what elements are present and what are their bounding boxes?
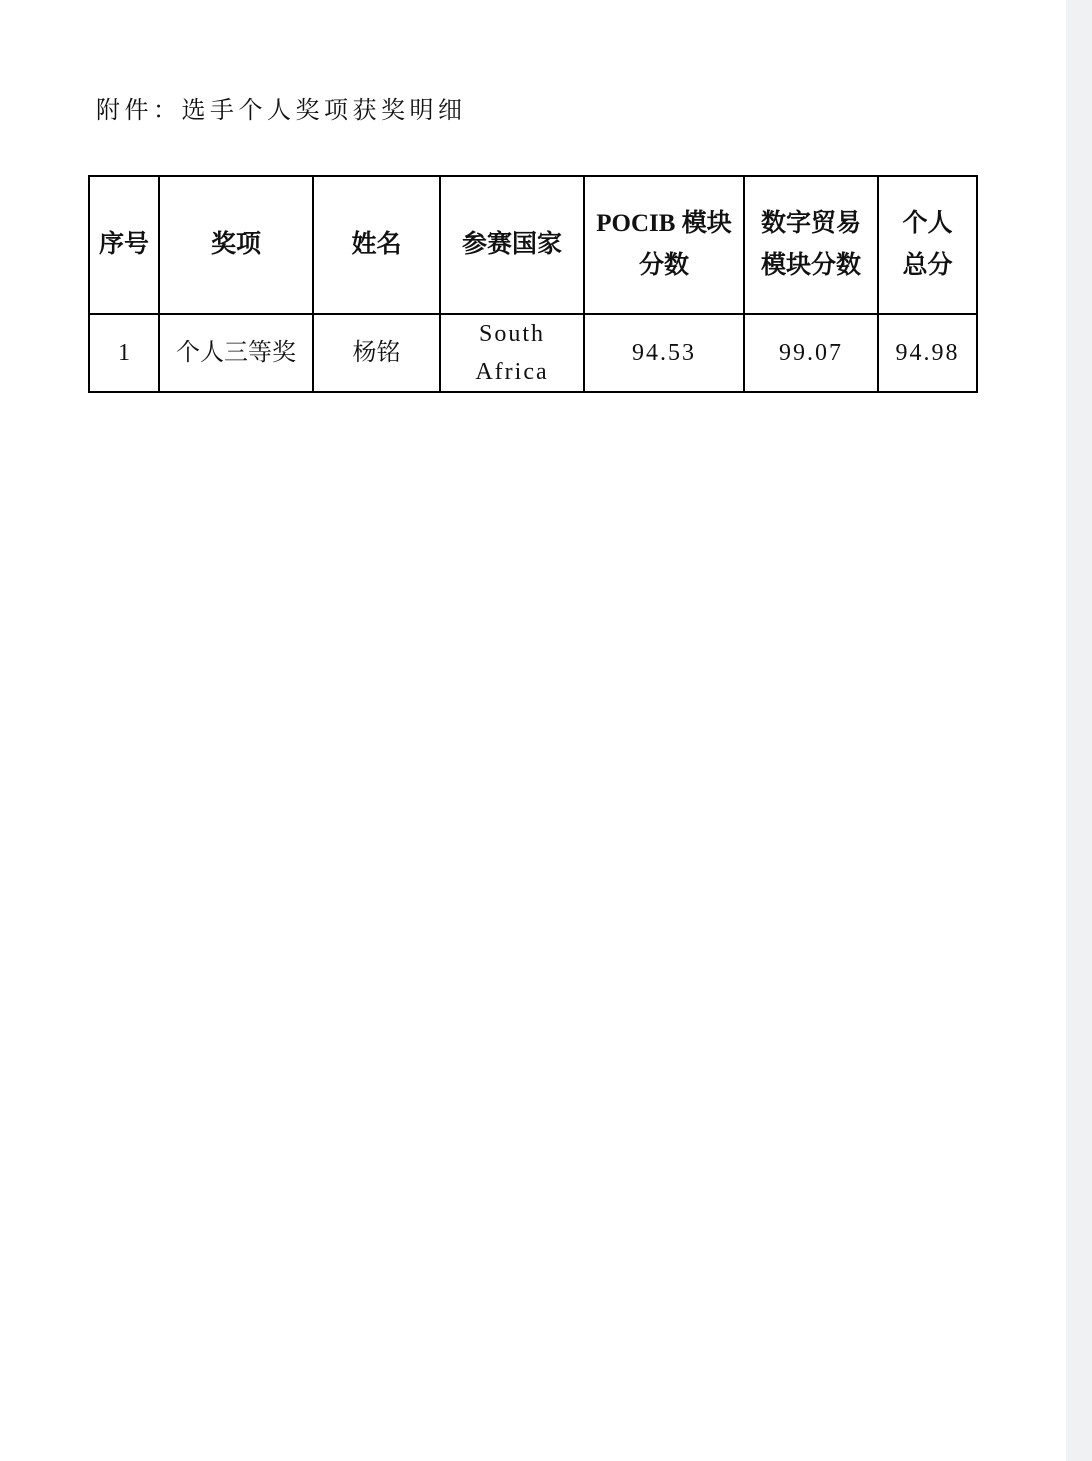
cell-name: 杨铭 [313,314,440,392]
header-name: 姓名 [313,176,440,314]
cell-serial-number: 1 [89,314,159,392]
attachment-title: 附件：选手个人奖项获奖明细 [96,96,467,126]
header-pocib-module-score: POCIB 模块 分数 [584,176,744,314]
page-right-gutter [1066,0,1092,1461]
cell-award: 个人三等奖 [159,314,313,392]
header-personal-total-score: 个人 总分 [878,176,977,314]
cell-digital-trade-module-score: 99.07 [744,314,878,392]
header-award: 奖项 [159,176,313,314]
cell-country: South Africa [440,314,584,392]
table-header-row: 序号 奖项 姓名 参赛国家 POCIB 模块 分数 数字贸易 模块分数 个人 总… [89,176,977,314]
table-row: 1 个人三等奖 杨铭 South Africa 94.53 99.07 94.9… [89,314,977,392]
cell-pocib-module-score: 94.53 [584,314,744,392]
cell-personal-total-score: 94.98 [878,314,977,392]
header-serial-number: 序号 [89,176,159,314]
awards-table: 序号 奖项 姓名 参赛国家 POCIB 模块 分数 数字贸易 模块分数 个人 总… [88,175,978,393]
header-country: 参赛国家 [440,176,584,314]
header-digital-trade-module-score: 数字贸易 模块分数 [744,176,878,314]
